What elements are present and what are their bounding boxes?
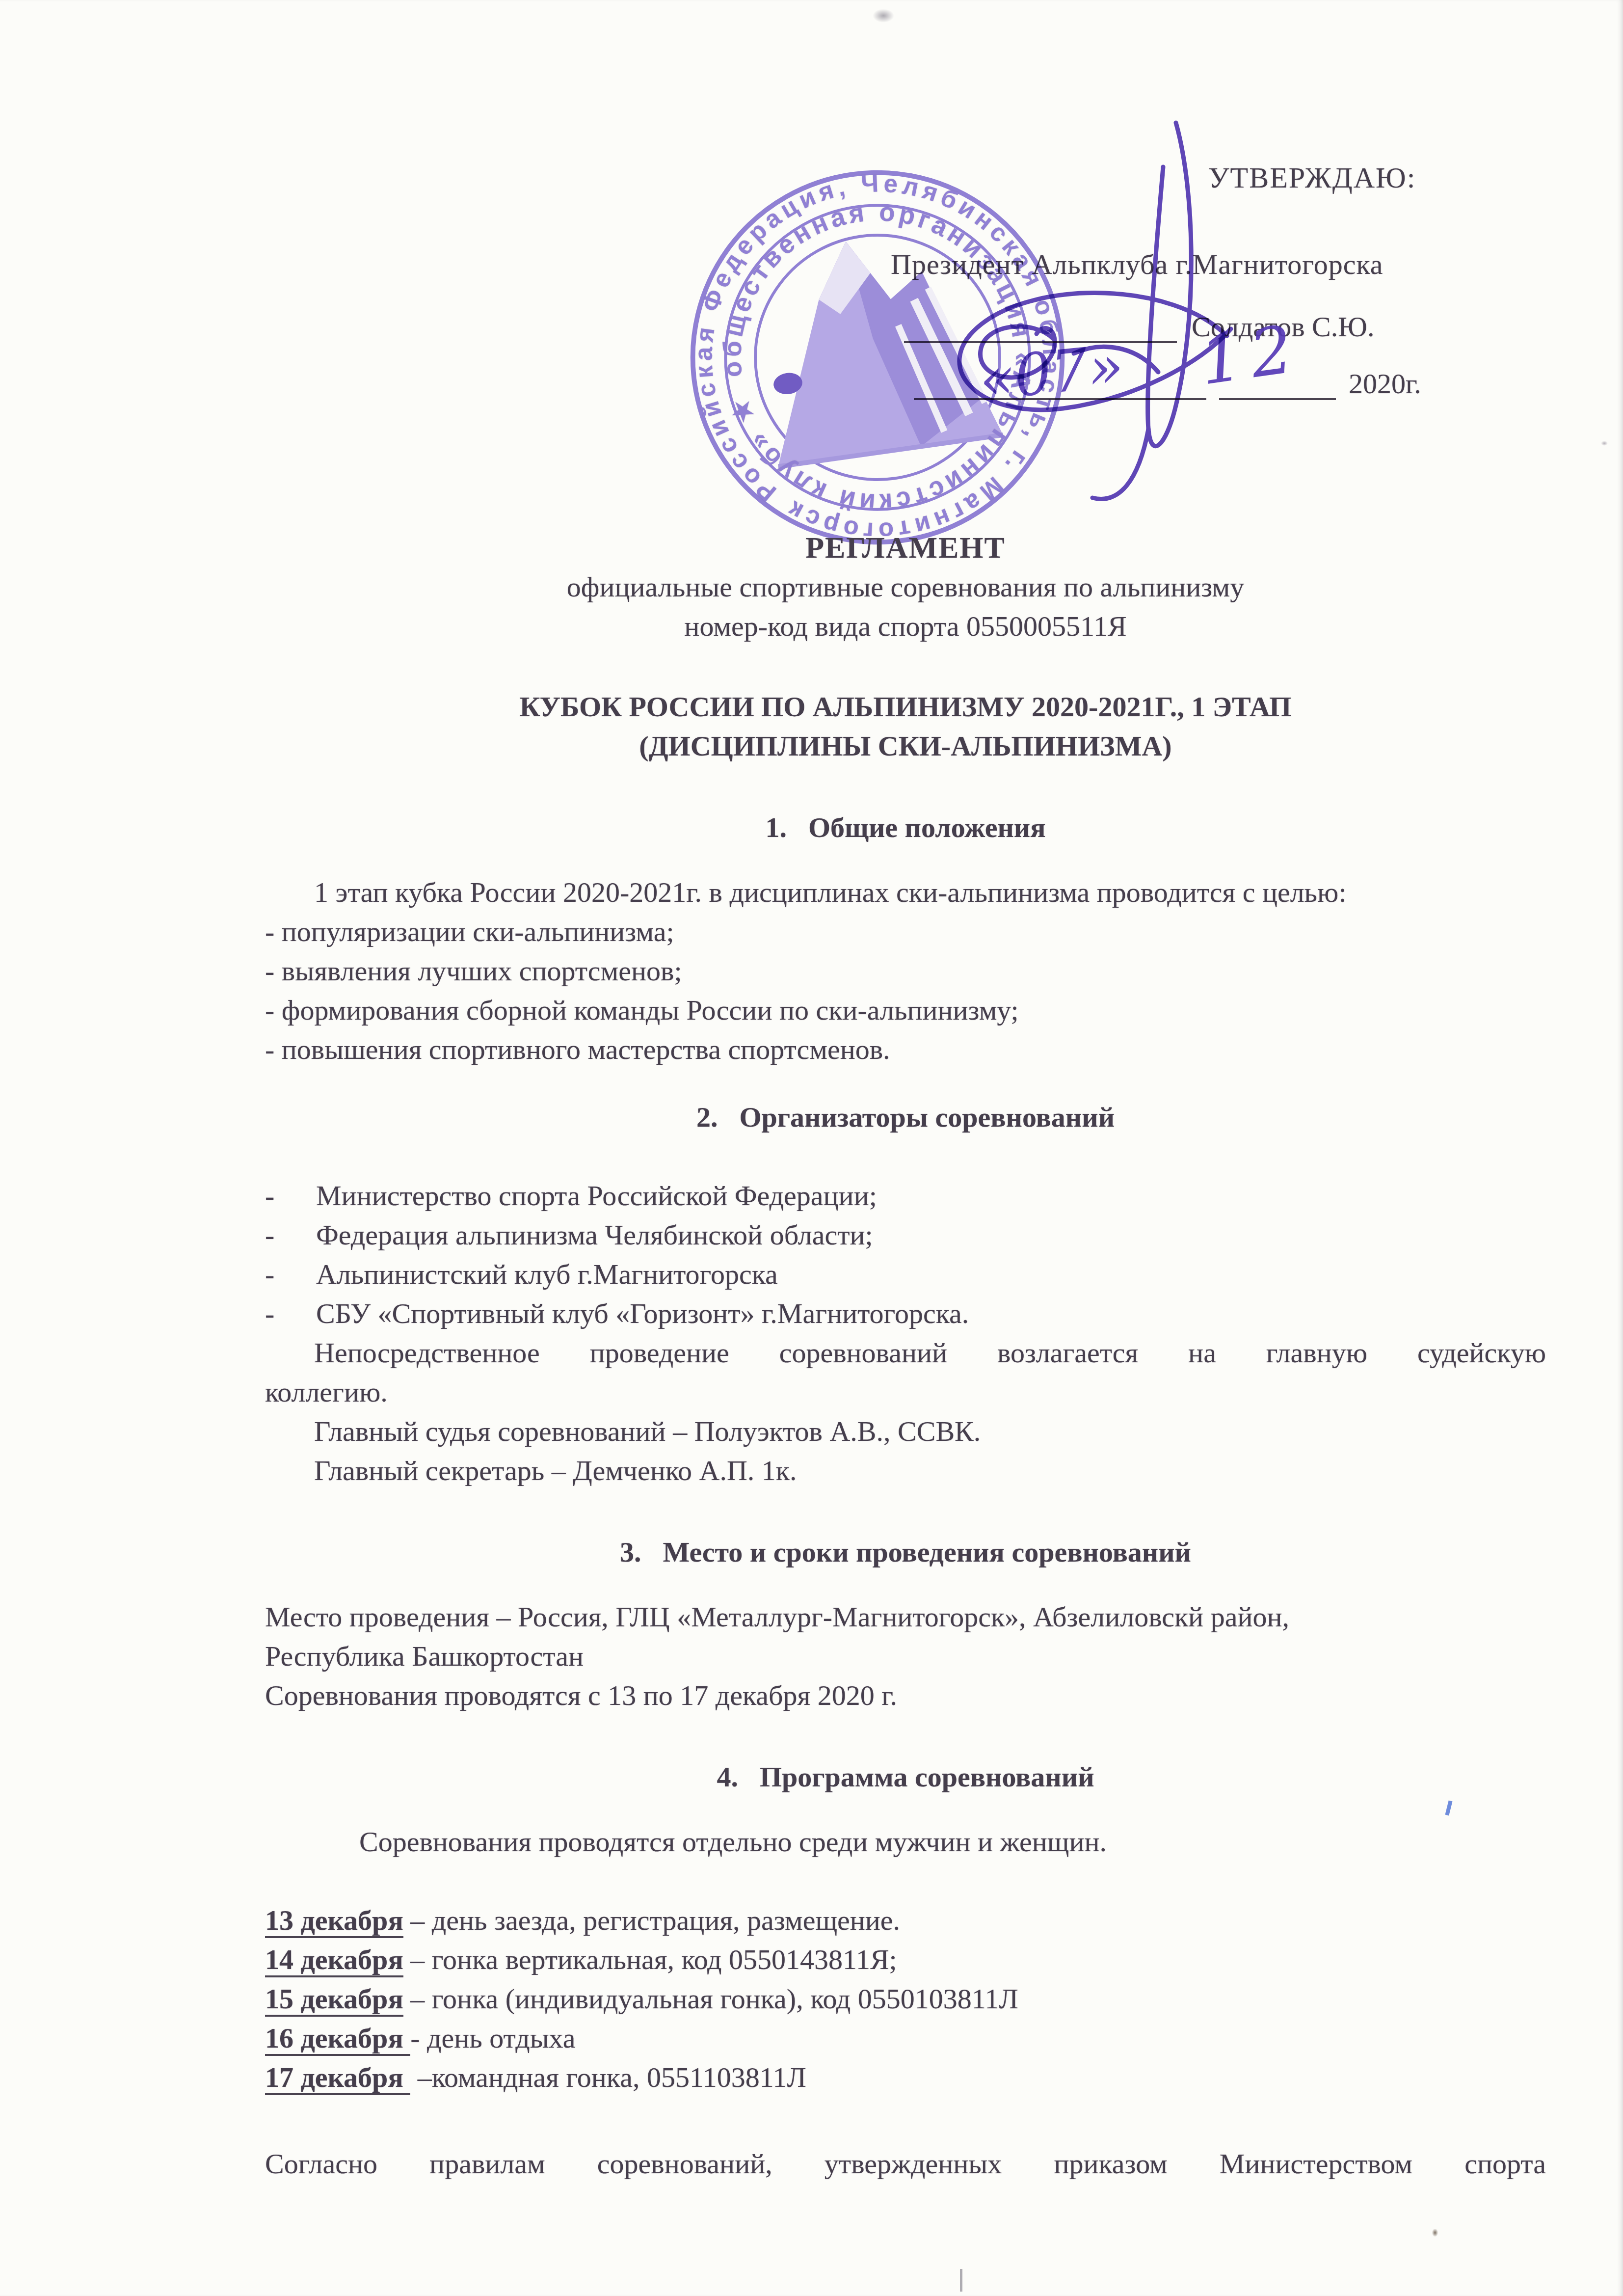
jury-paragraph-line1: Непосредственное проведение соревнований… xyxy=(265,1333,1546,1373)
goal-item: - выявления лучших спортсменов; xyxy=(265,951,1546,991)
schedule-desc: – день заезда, регистрация, размещение. xyxy=(403,1904,900,1936)
schedule-desc: –командная гонка, 0551103811Л xyxy=(410,2061,806,2093)
section-4-number: 4. xyxy=(717,1761,738,1793)
footer-paragraph: Согласно правилам соревнований, утвержде… xyxy=(265,2144,1546,2184)
cup-title-line2: (ДИСЦИПЛИНЫ СКИ-АЛЬПИНИЗМА) xyxy=(265,727,1546,766)
doc-subtitle-2: номер-код вида спорта 0550005511Я xyxy=(265,607,1546,646)
section-heading-3: 3.Место и сроки проведения соревнований xyxy=(265,1533,1546,1572)
section-3-number: 3. xyxy=(620,1536,641,1568)
program-intro: Соревнования проводятся отдельно среди м… xyxy=(265,1822,1546,1862)
section-3-title: Место и сроки проведения соревнований xyxy=(663,1536,1191,1568)
schedule-row: 17 декабря –командная гонка, 0551103811Л xyxy=(265,2058,1546,2097)
section-2-title: Организаторы соревнований xyxy=(739,1101,1115,1133)
scan-speck-gray xyxy=(1601,441,1608,446)
organizer-item: -Министерство спорта Российской Федераци… xyxy=(265,1176,1546,1216)
chief-secretary-line: Главный секретарь – Демченко А.П. 1к. xyxy=(265,1451,1546,1490)
schedule-desc: – гонка (индивидуальная гонка), код 0550… xyxy=(403,1983,1018,2015)
schedule-date: 13 декабря xyxy=(265,1904,403,1938)
doc-type-title: РЕГЛАМЕНТ xyxy=(265,528,1546,567)
section-1-intro: 1 этап кубка России 2020-2021г. в дисцип… xyxy=(265,873,1546,912)
section-heading-1: 1.Общие положения xyxy=(265,808,1546,847)
goal-item: - популяризации ски-альпинизма; xyxy=(265,912,1546,951)
scan-smudge xyxy=(873,9,894,23)
cup-title-line1: КУБОК РОССИИ ПО АЛЬПИНИЗМУ 2020-2021Г., … xyxy=(265,687,1546,727)
goal-item: - повышения спортивного мастерства спорт… xyxy=(265,1030,1546,1069)
schedule-row: 13 декабря – день заезда, регистрация, р… xyxy=(265,1901,1546,1940)
dates-line: Соревнования проводятся с 13 по 17 декаб… xyxy=(265,1676,1546,1715)
schedule-date: 17 декабря xyxy=(265,2061,410,2095)
schedule-date: 15 декабря xyxy=(265,1983,403,2017)
scan-speck-dark xyxy=(1432,2229,1438,2237)
section-4-title: Программа соревнований xyxy=(760,1761,1094,1793)
section-heading-4: 4.Программа соревнований xyxy=(265,1757,1546,1797)
venue-line1: Место проведения – Россия, ГЛЦ «Металлур… xyxy=(265,1597,1546,1637)
schedule-row: 16 декабря - день отдыха xyxy=(265,2019,1546,2058)
schedule-row: 14 декабря – гонка вертикальная, код 055… xyxy=(265,1940,1546,1979)
signature-stroke xyxy=(907,109,1311,526)
organizer-item: -Федерация альпинизма Челябинской област… xyxy=(265,1216,1546,1255)
doc-subtitle-1: официальные спортивные соревнования по а… xyxy=(265,567,1546,607)
section-heading-2: 2.Организаторы соревнований xyxy=(265,1098,1546,1137)
schedule-desc: - день отдыха xyxy=(410,2022,575,2054)
schedule-list: 13 декабря – день заезда, регистрация, р… xyxy=(265,1901,1546,2097)
jury-paragraph-line2: коллегию. xyxy=(265,1373,1546,1412)
section-1-number: 1. xyxy=(765,811,787,843)
schedule-row: 15 декабря – гонка (индивидуальная гонка… xyxy=(265,1979,1546,2019)
schedule-desc: – гонка вертикальная, код 0550143811Я; xyxy=(403,1944,897,1975)
cup-title: КУБОК РОССИИ ПО АЛЬПИНИЗМУ 2020-2021Г., … xyxy=(265,687,1546,766)
scan-speck-line xyxy=(960,2269,962,2292)
scanned-document-page: УТВЕРЖДАЮ: Президент Альпклуба г.Магнито… xyxy=(0,0,1623,2296)
chief-judge-line: Главный судья соревнований – Полуэктов А… xyxy=(265,1412,1546,1451)
section-1-title: Общие положения xyxy=(808,811,1046,843)
organizer-item: -Альпинистский клуб г.Магнитогорска xyxy=(265,1255,1546,1294)
organizer-item: -СБУ «Спортивный клуб «Горизонт» г.Магни… xyxy=(265,1294,1546,1333)
schedule-date: 16 декабря xyxy=(265,2022,410,2056)
schedule-date: 14 декабря xyxy=(265,1944,403,1977)
document-body: РЕГЛАМЕНТ официальные спортивные соревно… xyxy=(265,528,1546,2184)
goal-item: - формирования сборной команды России по… xyxy=(265,991,1546,1030)
date-year: 2020г. xyxy=(1349,367,1421,400)
section-2-number: 2. xyxy=(696,1101,718,1133)
venue-line2: Республика Башкортостан xyxy=(265,1637,1546,1676)
